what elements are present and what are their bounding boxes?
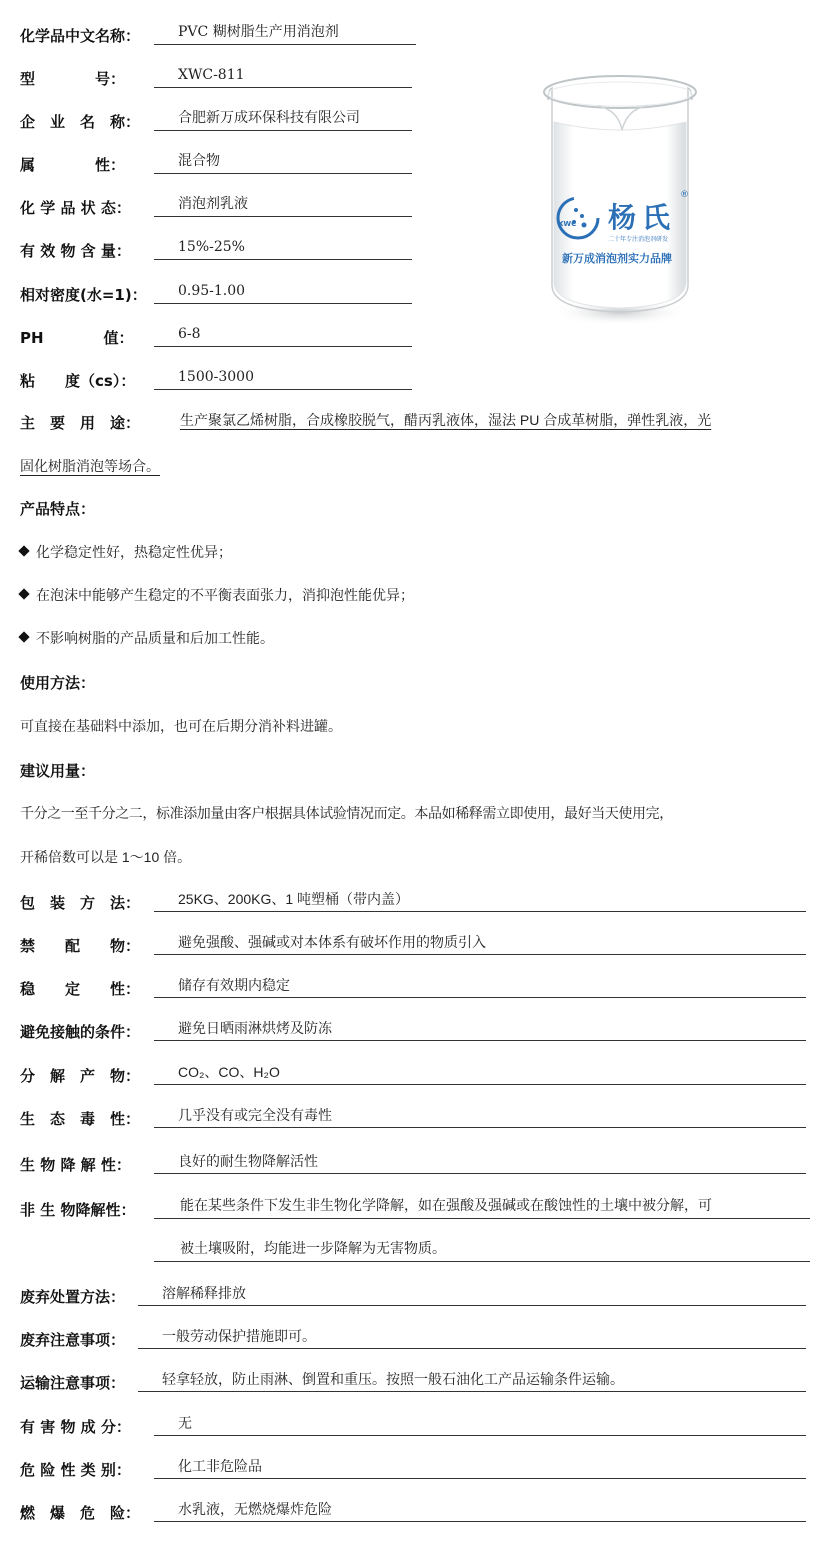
spec-row: PH 值： <box>20 324 134 348</box>
main-use-line2: 固化树脂消泡等场合。 <box>20 456 160 476</box>
spec-value-field: XWC-811 <box>154 65 412 88</box>
spec-value: PVC 糊树脂生产用消泡剂 <box>154 24 339 40</box>
main-use-label: 主 要 用 途： <box>20 413 140 433</box>
beaker-icon <box>538 60 702 330</box>
spec-label: 稳 定 性： <box>20 979 140 999</box>
spec-row: 分 解 产 物： <box>20 1062 140 1086</box>
spec-label: 禁 配 物： <box>20 936 140 956</box>
spec-value-field: 1500-3000 <box>154 367 412 390</box>
spec-row: 运输注意事项： <box>20 1369 125 1393</box>
spec-label: 化学品中文名称： <box>20 26 140 46</box>
spec-value-field: 一般劳动保护措施即可。 <box>138 1326 806 1349</box>
spec-value-field: 溶解稀释排放 <box>138 1283 806 1306</box>
spec-label: 生 态 毒 性： <box>20 1109 140 1129</box>
spec-value: 溶解稀释排放 <box>138 1285 246 1301</box>
feature-item: 化学稳定性好，热稳定性优异； <box>20 542 232 562</box>
brand-name: 杨氏 <box>608 196 676 236</box>
spec-value-field: PVC 糊树脂生产用消泡剂 <box>154 22 416 45</box>
spec-label: 废弃注意事项： <box>20 1330 125 1350</box>
spec-value: 1500-3000 <box>154 369 254 385</box>
dosage-heading: 建议用量： <box>20 760 95 781</box>
spec-value-field: 轻拿轻放，防止雨淋、倒置和重压。按照一般石油化工产品运输条件运输。 <box>138 1369 806 1392</box>
abiotic-line1: 能在某些条件下发生非生物化学降解，如在强酸及强碱或在酸蚀性的土壤中被分解，可 <box>154 1196 810 1219</box>
spec-row: 稳 定 性： <box>20 975 140 999</box>
spec-row: 禁 配 物： <box>20 932 140 956</box>
features-heading: 产品特点： <box>20 498 95 519</box>
spec-value: XWC-811 <box>154 67 245 83</box>
spec-value-field: 避免日晒雨淋烘烤及防冻 <box>154 1018 806 1041</box>
spec-label: 生 物 降 解 性： <box>20 1155 131 1175</box>
spec-label: 有 效 物 含 量： <box>20 241 131 261</box>
spec-value: 储存有效期内稳定 <box>154 977 290 993</box>
diamond-bullet-icon <box>18 631 29 642</box>
spec-value-field: 化工非危险品 <box>154 1456 806 1479</box>
spec-value: 一般劳动保护措施即可。 <box>138 1328 316 1344</box>
main-use-row: 主 要 用 途： <box>20 409 140 433</box>
spec-value: 良好的耐生物降解活性 <box>154 1153 318 1169</box>
spec-row: 有 效 物 含 量： <box>20 237 131 261</box>
spec-row: 相对密度(水=1)： <box>20 281 147 305</box>
spec-label: 型 号： <box>20 69 125 89</box>
spec-value-field: 混合物 <box>154 151 412 174</box>
spec-value-field: 6-8 <box>154 324 412 347</box>
spec-label: 粘 度（cs）： <box>20 371 135 391</box>
diamond-bullet-icon <box>18 545 29 556</box>
spec-value: CO₂、CO、H₂O <box>154 1064 280 1080</box>
abiotic-line2: 被土壤吸附，均能进一步降解为无害物质。 <box>154 1239 810 1262</box>
spec-label: 有 害 物 成 分： <box>20 1417 131 1437</box>
spec-label: 属 性： <box>20 155 125 175</box>
spec-row: 粘 度（cs）： <box>20 367 135 391</box>
spec-value-field: 水乳液，无燃烧爆炸危险 <box>154 1499 806 1522</box>
spec-row: 废弃注意事项： <box>20 1326 125 1350</box>
dosage-line1: 千分之一至千分之二，标准添加量由客户根据具体试验情况而定。本品如稀释需立即使用，… <box>20 803 673 823</box>
spec-value-field: 避免强酸、强碱或对本体系有破坏作用的物质引入 <box>154 932 806 955</box>
main-use-line1: 生产聚氯乙烯树脂，合成橡胶脱气，醋丙乳液体，湿法 PU 合成革树脂，弹性乳液，光 <box>156 410 711 430</box>
spec-value: 15%-25% <box>154 239 245 255</box>
spec-value-field: CO₂、CO、H₂O <box>154 1062 806 1085</box>
spec-row: 燃 爆 危 险： <box>20 1499 140 1523</box>
spec-value: 几乎没有或完全没有毒性 <box>154 1107 332 1123</box>
spec-value-field: 合肥新万成环保科技有限公司 <box>154 108 412 131</box>
spec-value: 轻拿轻放，防止雨淋、倒置和重压。按照一般石油化工产品运输条件运输。 <box>138 1371 624 1387</box>
spec-value: 合肥新万成环保科技有限公司 <box>154 110 360 126</box>
spec-value: 0.95-1.00 <box>154 283 245 299</box>
spec-value-field: 0.95-1.00 <box>154 281 412 304</box>
spec-row: 生 态 毒 性： <box>20 1105 140 1129</box>
spec-label: 分 解 产 物： <box>20 1066 140 1086</box>
spec-label: 包 装 方 法： <box>20 893 140 913</box>
spec-value-field: 25KG、200KG、1 吨塑桶（带内盖） <box>154 889 806 912</box>
spec-label: 相对密度(水=1)： <box>20 285 147 305</box>
abiotic-label: 非 生 物降解性： <box>20 1200 135 1220</box>
spec-row: 危 险 性 类 别： <box>20 1456 131 1480</box>
spec-row: 化学品中文名称： <box>20 22 140 46</box>
spec-row: 属 性： <box>20 151 125 175</box>
spec-row: 包 装 方 法： <box>20 889 140 913</box>
spec-label: 企 业 名 称： <box>20 112 140 132</box>
spec-row: 废弃处置方法： <box>20 1283 125 1307</box>
spec-value-field: 几乎没有或完全没有毒性 <box>154 1105 806 1128</box>
spec-row: 避免接触的条件： <box>20 1018 140 1042</box>
logo-abbr: XWC <box>558 220 576 228</box>
spec-value: 无 <box>154 1415 192 1431</box>
spec-value: 6-8 <box>154 326 201 342</box>
product-beaker-image: XWC 杨氏 ® 二十年专注消泡剂研发 新万成消泡剂实力品牌 <box>538 60 702 330</box>
feature-item: 不影响树脂的产品质量和后加工性能。 <box>20 628 274 648</box>
registered-mark: ® <box>680 190 689 200</box>
spec-label: 运输注意事项： <box>20 1373 125 1393</box>
spec-label: 化 学 品 状 态： <box>20 198 131 218</box>
spec-label: 避免接触的条件： <box>20 1022 140 1042</box>
spec-value-field: 储存有效期内稳定 <box>154 975 806 998</box>
spec-value-field: 消泡剂乳液 <box>154 194 412 217</box>
spec-value-field: 无 <box>154 1413 806 1436</box>
usage-text: 可直接在基础料中添加，也可在后期分消补料进罐。 <box>20 716 342 736</box>
spec-row: 有 害 物 成 分： <box>20 1413 131 1437</box>
spec-value: 消泡剂乳液 <box>154 196 248 212</box>
spec-row: 生 物 降 解 性： <box>20 1151 131 1175</box>
spec-value-field: 良好的耐生物降解活性 <box>154 1151 806 1174</box>
spec-row: 化 学 品 状 态： <box>20 194 131 218</box>
usage-heading: 使用方法： <box>20 672 95 693</box>
diamond-bullet-icon <box>18 588 29 599</box>
spec-label: 燃 爆 危 险： <box>20 1503 140 1523</box>
spec-value: 避免日晒雨淋烘烤及防冻 <box>154 1020 332 1036</box>
spec-value: 化工非危险品 <box>154 1458 262 1474</box>
brand-tagline: 新万成消泡剂实力品牌 <box>562 250 672 266</box>
abiotic-row: 非 生 物降解性： <box>20 1196 135 1220</box>
brand-tagline-small: 二十年专注消泡剂研发 <box>608 234 668 243</box>
spec-value-field: 15%-25% <box>154 237 412 260</box>
dosage-line2: 开稀倍数可以是 1～10 倍。 <box>20 847 191 867</box>
spec-row: 企 业 名 称： <box>20 108 140 132</box>
spec-value: 水乳液，无燃烧爆炸危险 <box>154 1501 332 1517</box>
spec-value: 避免强酸、强碱或对本体系有破坏作用的物质引入 <box>154 934 486 950</box>
feature-item: 在泡沫中能够产生稳定的不平衡表面张力，消抑泡性能优异； <box>20 585 414 605</box>
spec-value: 混合物 <box>154 153 220 169</box>
spec-row: 型 号： <box>20 65 125 89</box>
spec-label: PH 值： <box>20 328 134 348</box>
spec-label: 废弃处置方法： <box>20 1287 125 1307</box>
spec-label: 危 险 性 类 别： <box>20 1460 131 1480</box>
spec-value: 25KG、200KG、1 吨塑桶（带内盖） <box>154 891 409 907</box>
